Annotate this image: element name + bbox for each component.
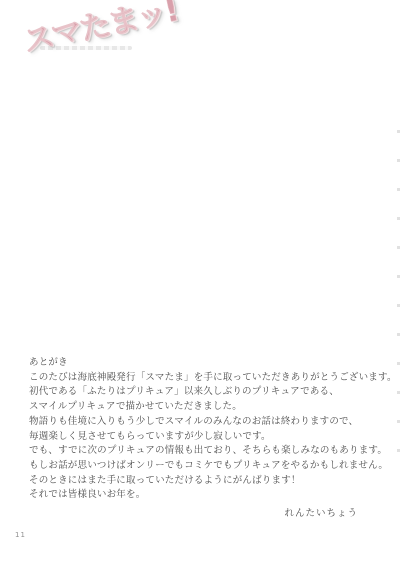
page-number: 11 bbox=[15, 531, 26, 539]
afterword-line: でも、すでに次のプリキュアの情報も出ており、そちらも楽しみなのもあります。 bbox=[29, 444, 382, 459]
afterword-line: そのときにはまた手に取っていただけるようにがんばります！ bbox=[29, 474, 382, 489]
afterword-line: 毎週楽しく見させてもらっていますが少し寂しいです。 bbox=[29, 430, 382, 445]
logo-subtitle-strip bbox=[40, 46, 132, 50]
afterword-line: それでは皆様良いお年を。 bbox=[29, 488, 382, 503]
afterword-text-block: あとがき このたびは海底神殿発行「スマたま」を手に取っていただきありがとうござい… bbox=[29, 356, 382, 503]
afterword-line: このたびは海底神殿発行「スマたま」を手に取っていただきありがとうございます。 bbox=[29, 371, 382, 386]
afterword-line: もしお話が思いつけばオンリーでもコミケでもプリキュアをやるかもしれません。 bbox=[29, 459, 382, 474]
logo: スマたまッ! bbox=[19, 0, 181, 61]
logo-title: スマたまッ! bbox=[20, 0, 180, 60]
afterword-line: 初代である「ふたりはプリキュア」以来久しぶりのプリキュアである、 bbox=[29, 385, 382, 400]
scanned-doujin-page: スマたまッ! あとがき このたびは海底神殿発行「スマたま」を手に取っていただきあ… bbox=[0, 0, 400, 567]
author-signature: れんたいちょう bbox=[30, 505, 358, 519]
afterword-line: 物語りも佳境に入りもう少しでスマイルのみんなのお話は終わりますので、 bbox=[29, 415, 382, 430]
afterword-heading: あとがき bbox=[29, 356, 382, 371]
afterword-line: スマイルプリキュアで描かせていただきました。 bbox=[29, 400, 382, 415]
